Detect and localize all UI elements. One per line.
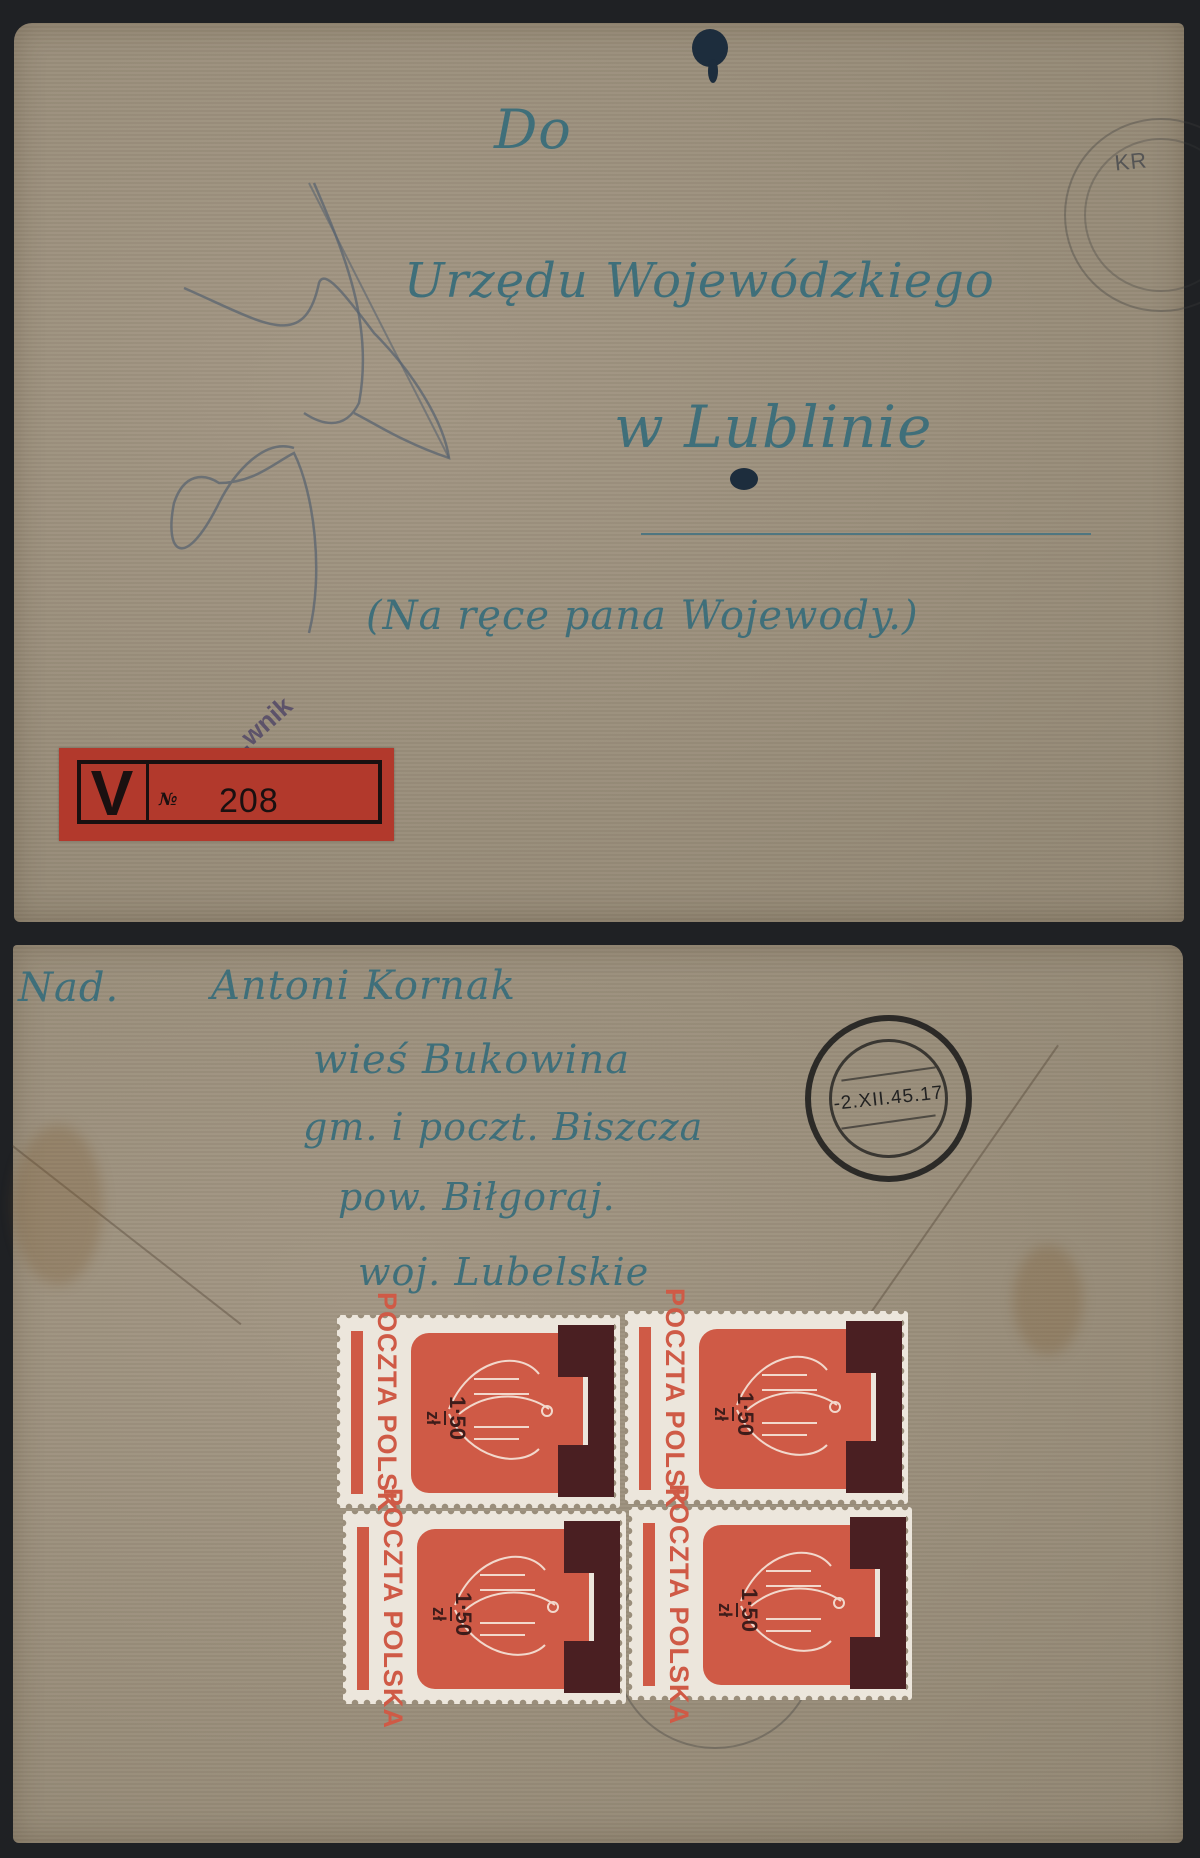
overprint-bracket xyxy=(846,1321,902,1493)
overprint-value: 1·50 zł xyxy=(689,1399,779,1429)
sender-province: woj. Lubelskie xyxy=(358,1250,649,1294)
ink-blot xyxy=(708,59,718,83)
registration-letter: V xyxy=(87,756,137,830)
registration-number: 208 xyxy=(219,782,279,821)
stamp: POCZTA POLSKA 1·50 zł xyxy=(337,1315,620,1508)
overprint-bracket xyxy=(558,1325,614,1497)
postmark: -2.XII.45.17 xyxy=(805,1015,972,1182)
overprint-bracket xyxy=(850,1517,906,1689)
envelope-front: Do Urzędu Wojewódzkiego w Lublinie (Na r… xyxy=(14,23,1184,922)
sender-county: pow. Biłgoraj. xyxy=(338,1175,616,1219)
stain xyxy=(13,1125,103,1285)
stamp: POCZTA POLSKA 1·50 zł xyxy=(343,1511,626,1704)
stamp: POCZTA POLSKA 1·50 zł xyxy=(625,1311,908,1504)
overprint-bracket xyxy=(564,1521,620,1693)
partial-postmark: KR xyxy=(1064,118,1200,312)
registration-number-prefix: № xyxy=(159,790,177,810)
stamp-block: POCZTA POLSKA 1·50 zł POCZTA POLSKA xyxy=(337,1315,912,1708)
overprint-value: 1·50 zł xyxy=(401,1403,491,1433)
ink-blot xyxy=(730,468,758,490)
address-line-office: Urzędu Wojewódzkiego xyxy=(404,253,995,309)
overprint-value: 1·50 zł xyxy=(693,1595,783,1625)
pencil-marking-3 xyxy=(144,173,474,673)
sender-commune: gm. i poczt. Biszcza xyxy=(303,1105,703,1149)
stain xyxy=(1013,1245,1083,1355)
overprint-value: 1·50 zł xyxy=(407,1599,497,1629)
address-underline xyxy=(641,533,1091,535)
address-line-city: w Lublinie xyxy=(614,393,932,461)
sender-name: Antoni Kornak xyxy=(211,963,516,1009)
sender-village: wieś Bukowina xyxy=(313,1037,630,1083)
address-line-to: Do xyxy=(494,98,572,161)
sender-prefix: Nad. xyxy=(18,965,119,1011)
stamp: POCZTA POLSKA 1·50 zł xyxy=(629,1507,912,1700)
registration-label: V № 208 xyxy=(59,748,394,841)
